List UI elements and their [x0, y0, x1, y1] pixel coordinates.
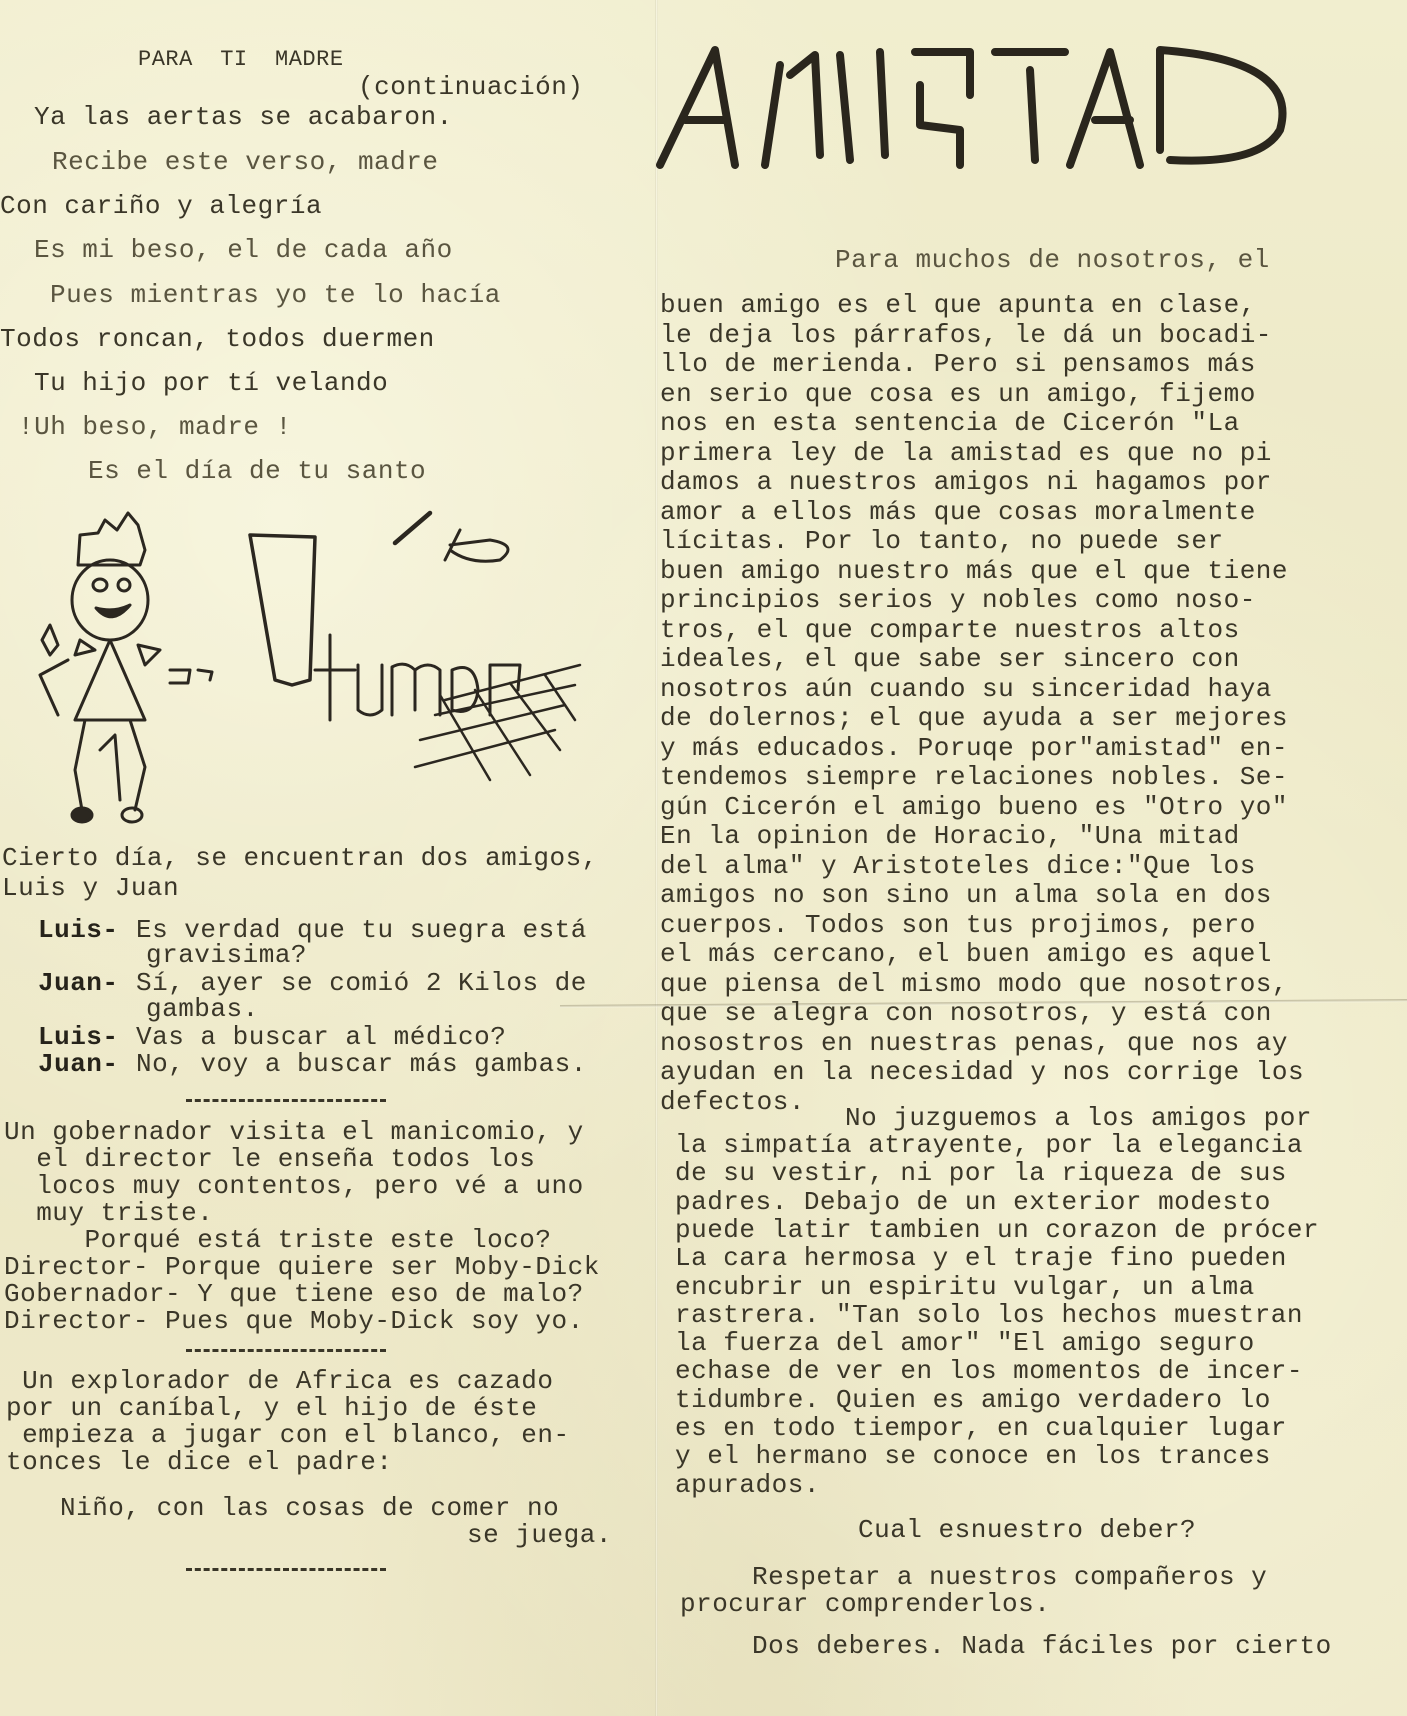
joke3-line: tonces le dice el padre: [6, 1447, 392, 1477]
paragraph-line: llo de merienda. Pero si pensamos más [660, 349, 1256, 379]
paragraph-line: tidumbre. Quien es amigo verdadero lo [675, 1385, 1271, 1415]
paragraph-line: La cara hermosa y el traje fino pueden [675, 1243, 1287, 1273]
paragraph-line: principios serios y nobles como noso- [660, 585, 1256, 615]
paragraph-line: y más educados. Poruqe por"amistad" en- [660, 733, 1288, 763]
humor-illustration [20, 505, 600, 840]
paragraph-line: y el hermano se conoce en los trances [675, 1441, 1271, 1471]
joke1-intro-line: Cierto día, se encuentran dos amigos, [2, 843, 598, 873]
paragraph-line: nos en esta sentencia de Cicerón "La [660, 408, 1240, 438]
paragraph-line: que piensa del mismo modo que nosotros, [660, 969, 1288, 999]
paragraph-line: que se alegra con nosotros, y está con [660, 998, 1272, 1028]
crown-drawing [78, 513, 145, 565]
joke2-line: locos muy contentos, pero vé a uno [4, 1171, 584, 1201]
paragraph-line: nosostros en nuestras penas, que nos ay [660, 1028, 1288, 1058]
poem-line: Recibe este verso, madre [52, 147, 438, 177]
paragraph-line: ideales, el que sabe ser sincero con [660, 644, 1240, 674]
joke3-line: empieza a jugar con el blanco, en- [6, 1420, 570, 1450]
joke1-line: gambas. [146, 994, 259, 1024]
separator-line [186, 1568, 386, 1571]
paragraph-line: damos a nuestros amigos ni hagamos por [660, 467, 1272, 497]
paragraph-line: primera ley de la amistad es que no pi [660, 438, 1272, 468]
joke1-speaker: Juan- [38, 1049, 119, 1079]
paragraph-line: padres. Debajo de un exterior modesto [675, 1187, 1271, 1217]
paragraph-line: le deja los párrafos, le dá un bocadi- [660, 320, 1272, 350]
separator-line [186, 1099, 386, 1102]
answer-line: procurar comprenderlos. [680, 1589, 1050, 1619]
joke3-line: por un caníbal, y el hijo de éste [6, 1393, 537, 1423]
poem-line: Con cariño y alegría [0, 191, 322, 221]
closing-line: Dos deberes. Nada fáciles por cierto [752, 1631, 1332, 1661]
separator-line [186, 1349, 386, 1352]
exclamation-drawing [250, 535, 315, 685]
paragraph-line: ayudan en la necesidad y nos corrige los [660, 1057, 1304, 1087]
joke2-line: Porqué está triste este loco? [4, 1225, 552, 1255]
poem-title: PARA TI MADRE [138, 45, 344, 75]
joke1-line: gravisima? [146, 940, 307, 970]
poem-subtitle: (continuación) [358, 72, 583, 102]
joke1-speaker: Juan- [38, 968, 119, 998]
paragraph-line: buen amigo es el que apunta en clase, [660, 290, 1256, 320]
paragraph-line: defectos. [660, 1087, 805, 1117]
paragraph2-first-line: No juzguemos a los amigos por [845, 1103, 1312, 1133]
joke2-line: el director le enseña todos los [4, 1144, 535, 1174]
paragraph-line: cuerpos. Todos son tus projimos, pero [660, 910, 1256, 940]
poem-line: Todos roncan, todos duermen [0, 324, 435, 354]
joke1-line: No, voy a buscar más gambas. [136, 1049, 587, 1079]
paragraph-line: lícitas. Por lo tanto, no puede ser [660, 526, 1224, 556]
paragraph-line: la fuerza del amor" "El amigo seguro [675, 1328, 1255, 1358]
joke3-line: Un explorador de Africa es cazado [6, 1366, 554, 1396]
paragraph1-first-line: Para muchos de nosotros, el [835, 245, 1270, 275]
joke2-line: Director- Pues que Moby-Dick soy yo. [4, 1306, 584, 1336]
joke2-line: Gobernador- Y que tiene eso de malo? [4, 1279, 584, 1309]
joke3-punchline: Niño, con las cosas de comer no [60, 1493, 559, 1523]
poem-line: Tu hijo por tí velando [34, 368, 388, 398]
amistad-title [640, 40, 1320, 180]
paragraph-line: encubrir un espiritu vulgar, un alma [675, 1272, 1255, 1302]
paragraph-line: amigos no son sino un alma sola en dos [660, 880, 1272, 910]
paragraph-line: de dolernos; el que ayuda a ser mejores [660, 703, 1288, 733]
paragraph-line: rastrera. "Tan solo los hechos muestran [675, 1300, 1303, 1330]
joke2-line: muy triste. [4, 1198, 213, 1228]
joke1-speaker: Luis- [38, 1022, 119, 1052]
poem-line: Es el día de tu santo [88, 456, 426, 486]
poem-line: Es mi beso, el de cada año [34, 235, 453, 265]
paragraph-line: amor a ellos más que cosas moralmente [660, 497, 1256, 527]
paragraph-line: el más cercano, el buen amigo es aquel [660, 939, 1272, 969]
head-drawing [72, 560, 148, 640]
poem-line: Ya las aertas se acabaron. [34, 102, 453, 132]
joke2-line: Un gobernador visita el manicomio, y [4, 1117, 584, 1147]
question-line: Cual esnuestro deber? [858, 1515, 1196, 1545]
paper-fold-vertical [655, 0, 658, 1716]
joke1-speaker: Luis- [38, 915, 119, 945]
paragraph-line: En la opinion de Horacio, "Una mitad [660, 821, 1240, 851]
paragraph-line: buen amigo nuestro más que el que tiene [660, 556, 1288, 586]
paragraph-line: gún Cicerón el amigo bueno es "Otro yo" [660, 792, 1288, 822]
joke3-punchline: se juega. [467, 1520, 612, 1550]
poem-line: Pues mientras yo te lo hacía [50, 280, 501, 310]
joke1-line: Vas a buscar al médico? [136, 1022, 506, 1052]
paragraph-line: en serio que cosa es un amigo, fijemo [660, 379, 1256, 409]
paragraph-line: la simpatía atrayente, por la elegancia [675, 1130, 1303, 1160]
paragraph-line: es en todo tiempor, en cualquier lugar [675, 1413, 1287, 1443]
paragraph-line: puede latir tambien un corazon de prócer [675, 1215, 1319, 1245]
paragraph-line: tendemos siempre relaciones nobles. Se- [660, 762, 1288, 792]
paragraph-line: nosotros aún cuando su sinceridad haya [660, 674, 1272, 704]
paragraph-line: del alma" y Aristoteles dice:"Que los [660, 851, 1256, 881]
poem-line: !Uh beso, madre ! [18, 412, 292, 442]
paragraph-line: de su vestir, ni por la riqueza de sus [675, 1158, 1287, 1188]
paragraph-line: apurados. [675, 1470, 820, 1500]
joke1-intro-line: Luis y Juan [2, 873, 179, 903]
answer-line: Respetar a nuestros compañeros y [752, 1562, 1267, 1592]
paragraph-line: tros, el que comparte nuestros altos [660, 615, 1240, 645]
joke2-line: Director- Porque quiere ser Moby-Dick [4, 1252, 600, 1282]
paragraph-line: echase de ver en los momentos de incer- [675, 1356, 1303, 1386]
